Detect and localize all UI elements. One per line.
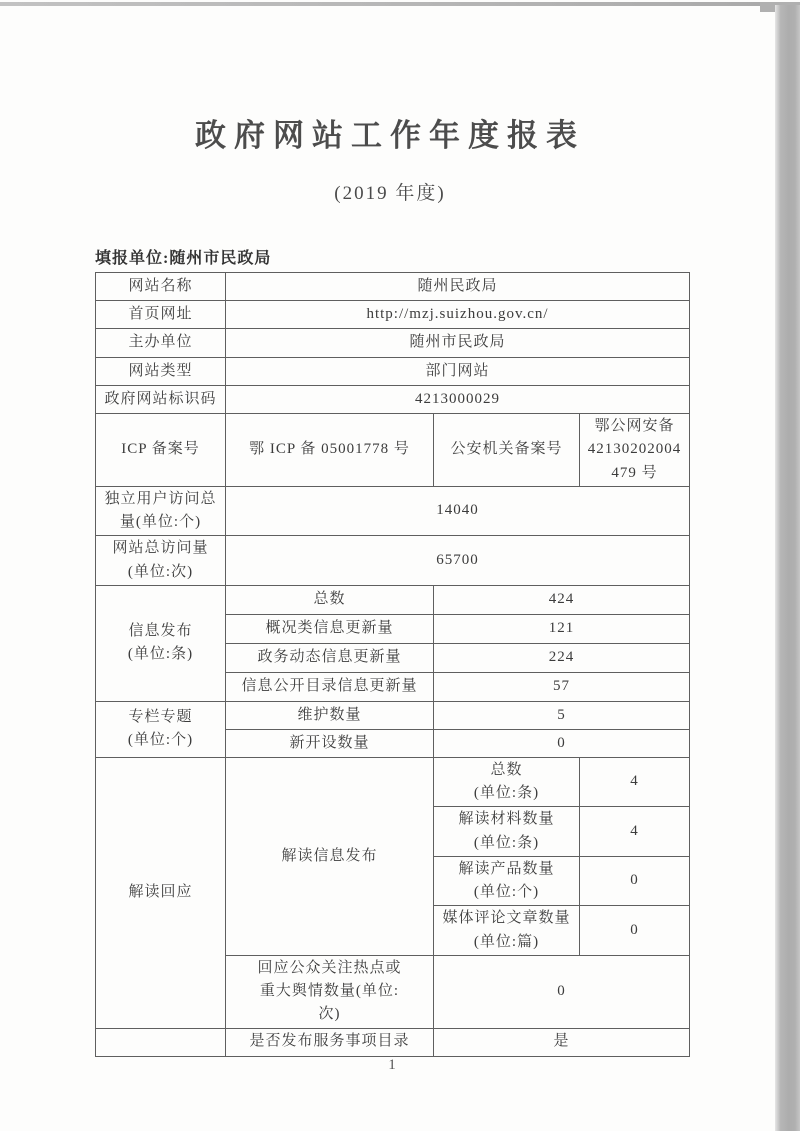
icp-label: ICP 备案号 bbox=[96, 414, 226, 487]
unique-visitors-value: 14040 bbox=[226, 486, 690, 536]
columns-topics-row-label: 维护数量 bbox=[226, 701, 434, 729]
columns-topics-row-label: 新开设数量 bbox=[226, 729, 434, 757]
table-row: 独立用户访问总 量(单位:个) 14040 bbox=[96, 486, 690, 536]
interpretation-row-label: 总数 (单位:条) bbox=[434, 757, 580, 807]
site-type-label: 网站类型 bbox=[96, 358, 226, 386]
hotspot-response-value: 0 bbox=[434, 955, 690, 1028]
home-url-value: http://mzj.suizhou.gov.cn/ bbox=[226, 301, 690, 329]
info-publish-row-value: 224 bbox=[434, 643, 690, 672]
scan-edge-right bbox=[775, 5, 800, 1131]
report-year: (2019 年度) bbox=[0, 178, 780, 205]
police-record-label: 公安机关备案号 bbox=[434, 414, 580, 487]
sponsor-label: 主办单位 bbox=[96, 329, 226, 358]
site-name-value: 随州民政局 bbox=[226, 273, 690, 301]
table-row: 解读回应 解读信息发布 总数 (单位:条) 4 bbox=[96, 757, 690, 807]
info-publish-row-label: 总数 bbox=[226, 585, 434, 614]
interpretation-row-value: 0 bbox=[580, 906, 690, 956]
columns-topics-row-value: 5 bbox=[434, 701, 690, 729]
annual-report-table: 网站名称 随州民政局 首页网址 http://mzj.suizhou.gov.c… bbox=[95, 272, 690, 1057]
police-record-value: 鄂公网安备 42130202004 479 号 bbox=[580, 414, 690, 487]
interpretation-row-label: 解读产品数量 (单位:个) bbox=[434, 856, 580, 906]
total-visits-value: 65700 bbox=[226, 536, 690, 586]
service-catalog-value: 是 bbox=[434, 1028, 690, 1056]
service-catalog-label: 是否发布服务事项目录 bbox=[226, 1028, 434, 1056]
info-publish-row-value: 121 bbox=[434, 614, 690, 643]
info-publish-row-value: 424 bbox=[434, 585, 690, 614]
empty-section-cell bbox=[96, 1028, 226, 1056]
site-code-value: 4213000029 bbox=[226, 386, 690, 414]
interpretation-row-value: 4 bbox=[580, 807, 690, 857]
info-publish-row-label: 信息公开目录信息更新量 bbox=[226, 672, 434, 701]
interpretation-row-label: 解读材料数量 (单位:条) bbox=[434, 807, 580, 857]
interpretation-row-value: 4 bbox=[580, 757, 690, 807]
reporting-unit-label: 填报单位:随州市民政局 bbox=[95, 245, 271, 268]
table-row: ICP 备案号 鄂 ICP 备 05001778 号 公安机关备案号 鄂公网安备… bbox=[96, 414, 690, 487]
columns-topics-row-value: 0 bbox=[434, 729, 690, 757]
table-row: 网站名称 随州民政局 bbox=[96, 273, 690, 301]
interpretation-row-value: 0 bbox=[580, 856, 690, 906]
table-row: 是否发布服务事项目录 是 bbox=[96, 1028, 690, 1056]
table-row: 首页网址 http://mzj.suizhou.gov.cn/ bbox=[96, 301, 690, 329]
info-publish-row-label: 概况类信息更新量 bbox=[226, 614, 434, 643]
table-row: 政府网站标识码 4213000029 bbox=[96, 386, 690, 414]
icp-value: 鄂 ICP 备 05001778 号 bbox=[226, 414, 434, 487]
table-row: 主办单位 随州市民政局 bbox=[96, 329, 690, 358]
site-name-label: 网站名称 bbox=[96, 273, 226, 301]
columns-topics-label: 专栏专题 (单位:个) bbox=[96, 701, 226, 757]
sponsor-value: 随州市民政局 bbox=[226, 329, 690, 358]
hotspot-response-label: 回应公众关注热点或 重大舆情数量(单位: 次) bbox=[226, 955, 434, 1028]
site-code-label: 政府网站标识码 bbox=[96, 386, 226, 414]
table-row: 网站总访问量 (单位:次) 65700 bbox=[96, 536, 690, 586]
info-publish-row-label: 政务动态信息更新量 bbox=[226, 643, 434, 672]
site-type-value: 部门网站 bbox=[226, 358, 690, 386]
total-visits-label: 网站总访问量 (单位:次) bbox=[96, 536, 226, 586]
info-publish-row-value: 57 bbox=[434, 672, 690, 701]
table-row: 网站类型 部门网站 bbox=[96, 358, 690, 386]
interpretation-label: 解读回应 bbox=[96, 757, 226, 1028]
page-number: 1 bbox=[95, 1057, 689, 1074]
table-row: 专栏专题 (单位:个) 维护数量 5 bbox=[96, 701, 690, 729]
interpretation-publish-label: 解读信息发布 bbox=[226, 757, 434, 955]
table-row: 信息发布 (单位:条) 总数 424 bbox=[96, 585, 690, 614]
scan-edge-top bbox=[0, 2, 797, 6]
unique-visitors-label: 独立用户访问总 量(单位:个) bbox=[96, 486, 226, 536]
scanned-page: 政府网站工作年度报表 (2019 年度) 填报单位:随州市民政局 网站名称 随州… bbox=[0, 0, 800, 1131]
report-title: 政府网站工作年度报表 bbox=[0, 110, 780, 155]
info-publish-label: 信息发布 (单位:条) bbox=[96, 585, 226, 701]
interpretation-row-label: 媒体评论文章数量 (单位:篇) bbox=[434, 906, 580, 956]
home-url-label: 首页网址 bbox=[96, 301, 226, 329]
